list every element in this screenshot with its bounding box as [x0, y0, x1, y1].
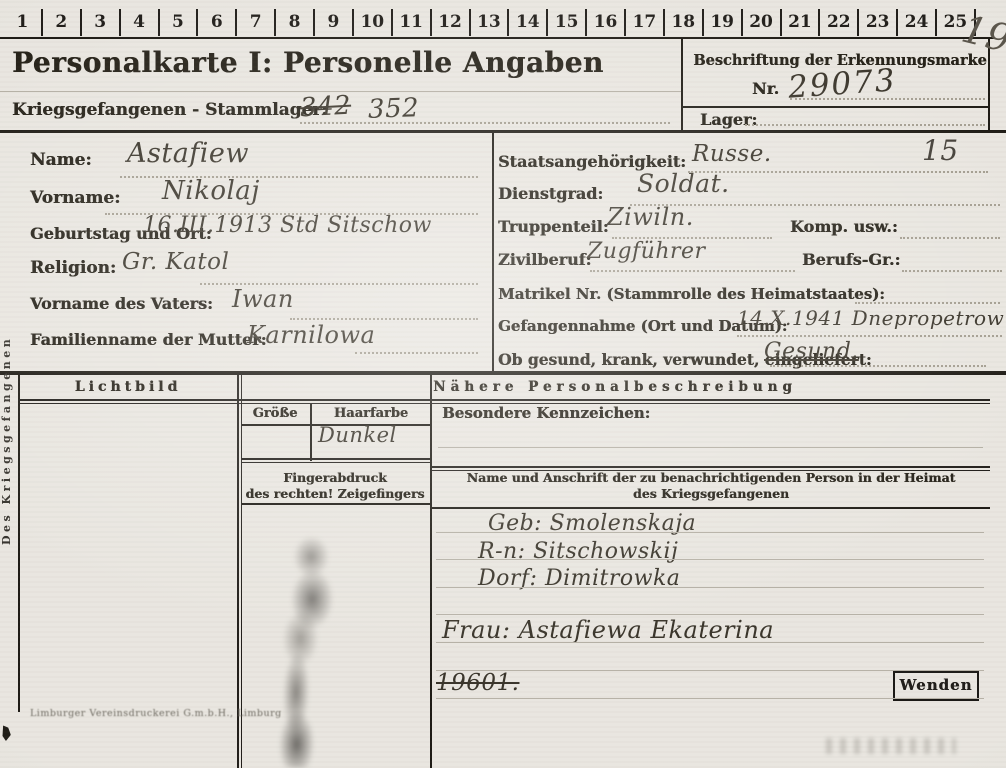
- haarfarbe-label: Haarfarbe: [312, 406, 430, 421]
- mutter-label: Familienname der Mutter:: [30, 330, 267, 349]
- crossed-out-number: 19601.: [436, 670, 519, 696]
- matrikel-label: Matrikel Nr. (Stammrolle des Heimatstaat…: [498, 285, 885, 303]
- dienstgrad-value: Soldat.: [637, 169, 730, 198]
- kennzeichen-label: Besondere Kennzeichen:: [442, 404, 650, 422]
- guide-line: [436, 670, 984, 671]
- vorname-value: Nikolaj: [162, 176, 260, 206]
- guide-line: [688, 171, 988, 173]
- ruler-number: 2: [43, 9, 82, 36]
- anschrift-header-line1: Name und Anschrift der zu benachrichtige…: [432, 470, 990, 485]
- guide-line: [436, 587, 984, 588]
- side-vertical-label: Des Kriegsgefangenen: [0, 288, 16, 593]
- guide-line: [436, 698, 984, 699]
- geburtstag-value: 16.III.1913 Std Sitschow: [143, 213, 432, 238]
- measure-bottom-rule: [242, 458, 430, 463]
- ruler-underline: [0, 37, 994, 39]
- ruler-number: 11: [393, 9, 432, 36]
- ruler-number: 12: [432, 9, 471, 36]
- ruler-number: 7: [237, 9, 276, 36]
- frau-line: Frau: Astafiewa Ekaterina: [442, 616, 774, 644]
- zivilberuf-value: Zugführer: [587, 239, 706, 264]
- lager-label: Lager:: [700, 110, 757, 129]
- fingerabdruck-label-line1: Fingerabdruck: [240, 470, 430, 485]
- guide-line: [436, 532, 984, 533]
- ruler-number: 4: [121, 9, 160, 36]
- guide-line: [900, 237, 1000, 239]
- address-line: R-n: Sitschowskij: [478, 539, 678, 564]
- guide-line: [290, 318, 478, 320]
- gesund-value: Gesund.: [764, 339, 859, 364]
- margin-note: 15: [922, 134, 959, 167]
- fingerprint-smudge: [260, 532, 348, 768]
- document-title: Personalkarte I: Personelle Angaben: [12, 46, 604, 79]
- ruler-number: 13: [471, 9, 510, 36]
- lichtbild-label: Lichtbild: [18, 379, 238, 395]
- ruler-number: 6: [198, 9, 237, 36]
- guide-line: [902, 270, 1002, 272]
- staatsangehoerigkeit-value: Russe.: [692, 141, 772, 167]
- anschrift-header-line2: des Kriegsgefangenen: [432, 486, 990, 501]
- faded-handwriting-smudge: [826, 738, 956, 754]
- truppenteil-label: Truppenteil:: [498, 217, 609, 236]
- vater-label: Vorname des Vaters:: [30, 294, 213, 313]
- guide-line: [745, 124, 985, 126]
- stammlager-crossed-value: 342: [299, 91, 352, 124]
- guide-line: [590, 270, 795, 272]
- fingerabdruck-label-line2: des rechten! Zeigefingers: [240, 486, 430, 501]
- ruler-number: 22: [820, 9, 859, 36]
- ruler-number: 18: [665, 9, 704, 36]
- guide-line: [436, 614, 984, 615]
- fingerabdruck-rule: [242, 503, 430, 505]
- guide-line: [300, 122, 670, 124]
- table-left-border: [18, 375, 20, 712]
- header-divider-vertical: [681, 38, 683, 132]
- zivilberuf-label: Zivilberuf:: [498, 250, 591, 269]
- ruler-number: 3: [82, 9, 121, 36]
- haarfarbe-value: Dunkel: [318, 423, 397, 447]
- guide-line: [855, 302, 1000, 304]
- religion-label: Religion:: [30, 258, 116, 278]
- ruler-number: 14: [509, 9, 548, 36]
- personalkarte-document: 1234567891011121314151617181920212223242…: [0, 0, 1006, 768]
- guide-line: [105, 213, 478, 215]
- section-divider-middle: [0, 371, 1006, 375]
- printer-imprint: Limburger Vereinsdruckerei G.m.b.H., Lim…: [30, 708, 282, 719]
- guide-line: [630, 204, 1000, 206]
- stammlager-label: Kriegsgefangenen - Stammlager:: [12, 100, 328, 120]
- groesse-haarfarbe-divider: [310, 404, 312, 461]
- ruler-number: 24: [898, 9, 937, 36]
- ruler-number: 9: [315, 9, 354, 36]
- groesse-label: Größe: [240, 406, 310, 421]
- ruler-number: 21: [782, 9, 821, 36]
- guide-line: [612, 237, 772, 239]
- dienstgrad-label: Dienstgrad:: [498, 184, 603, 203]
- mutter-value: Karnilowa: [247, 321, 375, 349]
- table-divider-2: [430, 375, 432, 768]
- ruler-number: 20: [743, 9, 782, 36]
- guide-line: [436, 642, 984, 643]
- stammlager-value: 352: [367, 93, 419, 125]
- guide-line: [790, 98, 985, 100]
- personal-column-divider: [492, 133, 494, 371]
- guide-line: [200, 283, 478, 285]
- religion-value: Gr. Katol: [122, 249, 229, 275]
- anschrift-rule: [432, 507, 990, 509]
- guide-line: [120, 176, 478, 178]
- ruler-number: 23: [859, 9, 898, 36]
- guide-line: [436, 559, 984, 560]
- truppenteil-value: Ziwiln.: [607, 203, 694, 231]
- name-value: Astafiew: [127, 138, 249, 169]
- wenden-turn-over-box: Wenden: [893, 671, 979, 701]
- komp-label: Komp. usw.:: [790, 217, 898, 236]
- ruler-number: 10: [354, 9, 393, 36]
- vorname-label: Vorname:: [30, 188, 120, 208]
- guide-line: [355, 352, 478, 354]
- guide-line: [770, 365, 986, 367]
- ruler-number: 19: [704, 9, 743, 36]
- vater-value: Iwan: [232, 285, 294, 313]
- berufsgr-label: Berufs-Gr.:: [802, 250, 900, 269]
- name-label: Name:: [30, 150, 92, 170]
- lager-separator: [681, 106, 990, 108]
- gefangennahme-value: 14.X.1941 Dnepropetrow: [737, 306, 1004, 330]
- ruler-number: 16: [587, 9, 626, 36]
- ruler-number: 1: [4, 9, 43, 36]
- ruler-strip: 1234567891011121314151617181920212223242…: [4, 9, 976, 36]
- guide-line: [438, 447, 983, 448]
- ink-corner-mark: [1, 725, 12, 741]
- section-divider-top: [0, 130, 1006, 133]
- ruler-number: 5: [160, 9, 199, 36]
- personalbeschreibung-header: Nähere Personalbeschreibung: [240, 379, 990, 395]
- guide-line: [737, 335, 1002, 337]
- ruler-number: 15: [548, 9, 587, 36]
- ruler-number: 8: [276, 9, 315, 36]
- nr-label: Nr.: [752, 79, 779, 98]
- ruler-number: 17: [626, 9, 665, 36]
